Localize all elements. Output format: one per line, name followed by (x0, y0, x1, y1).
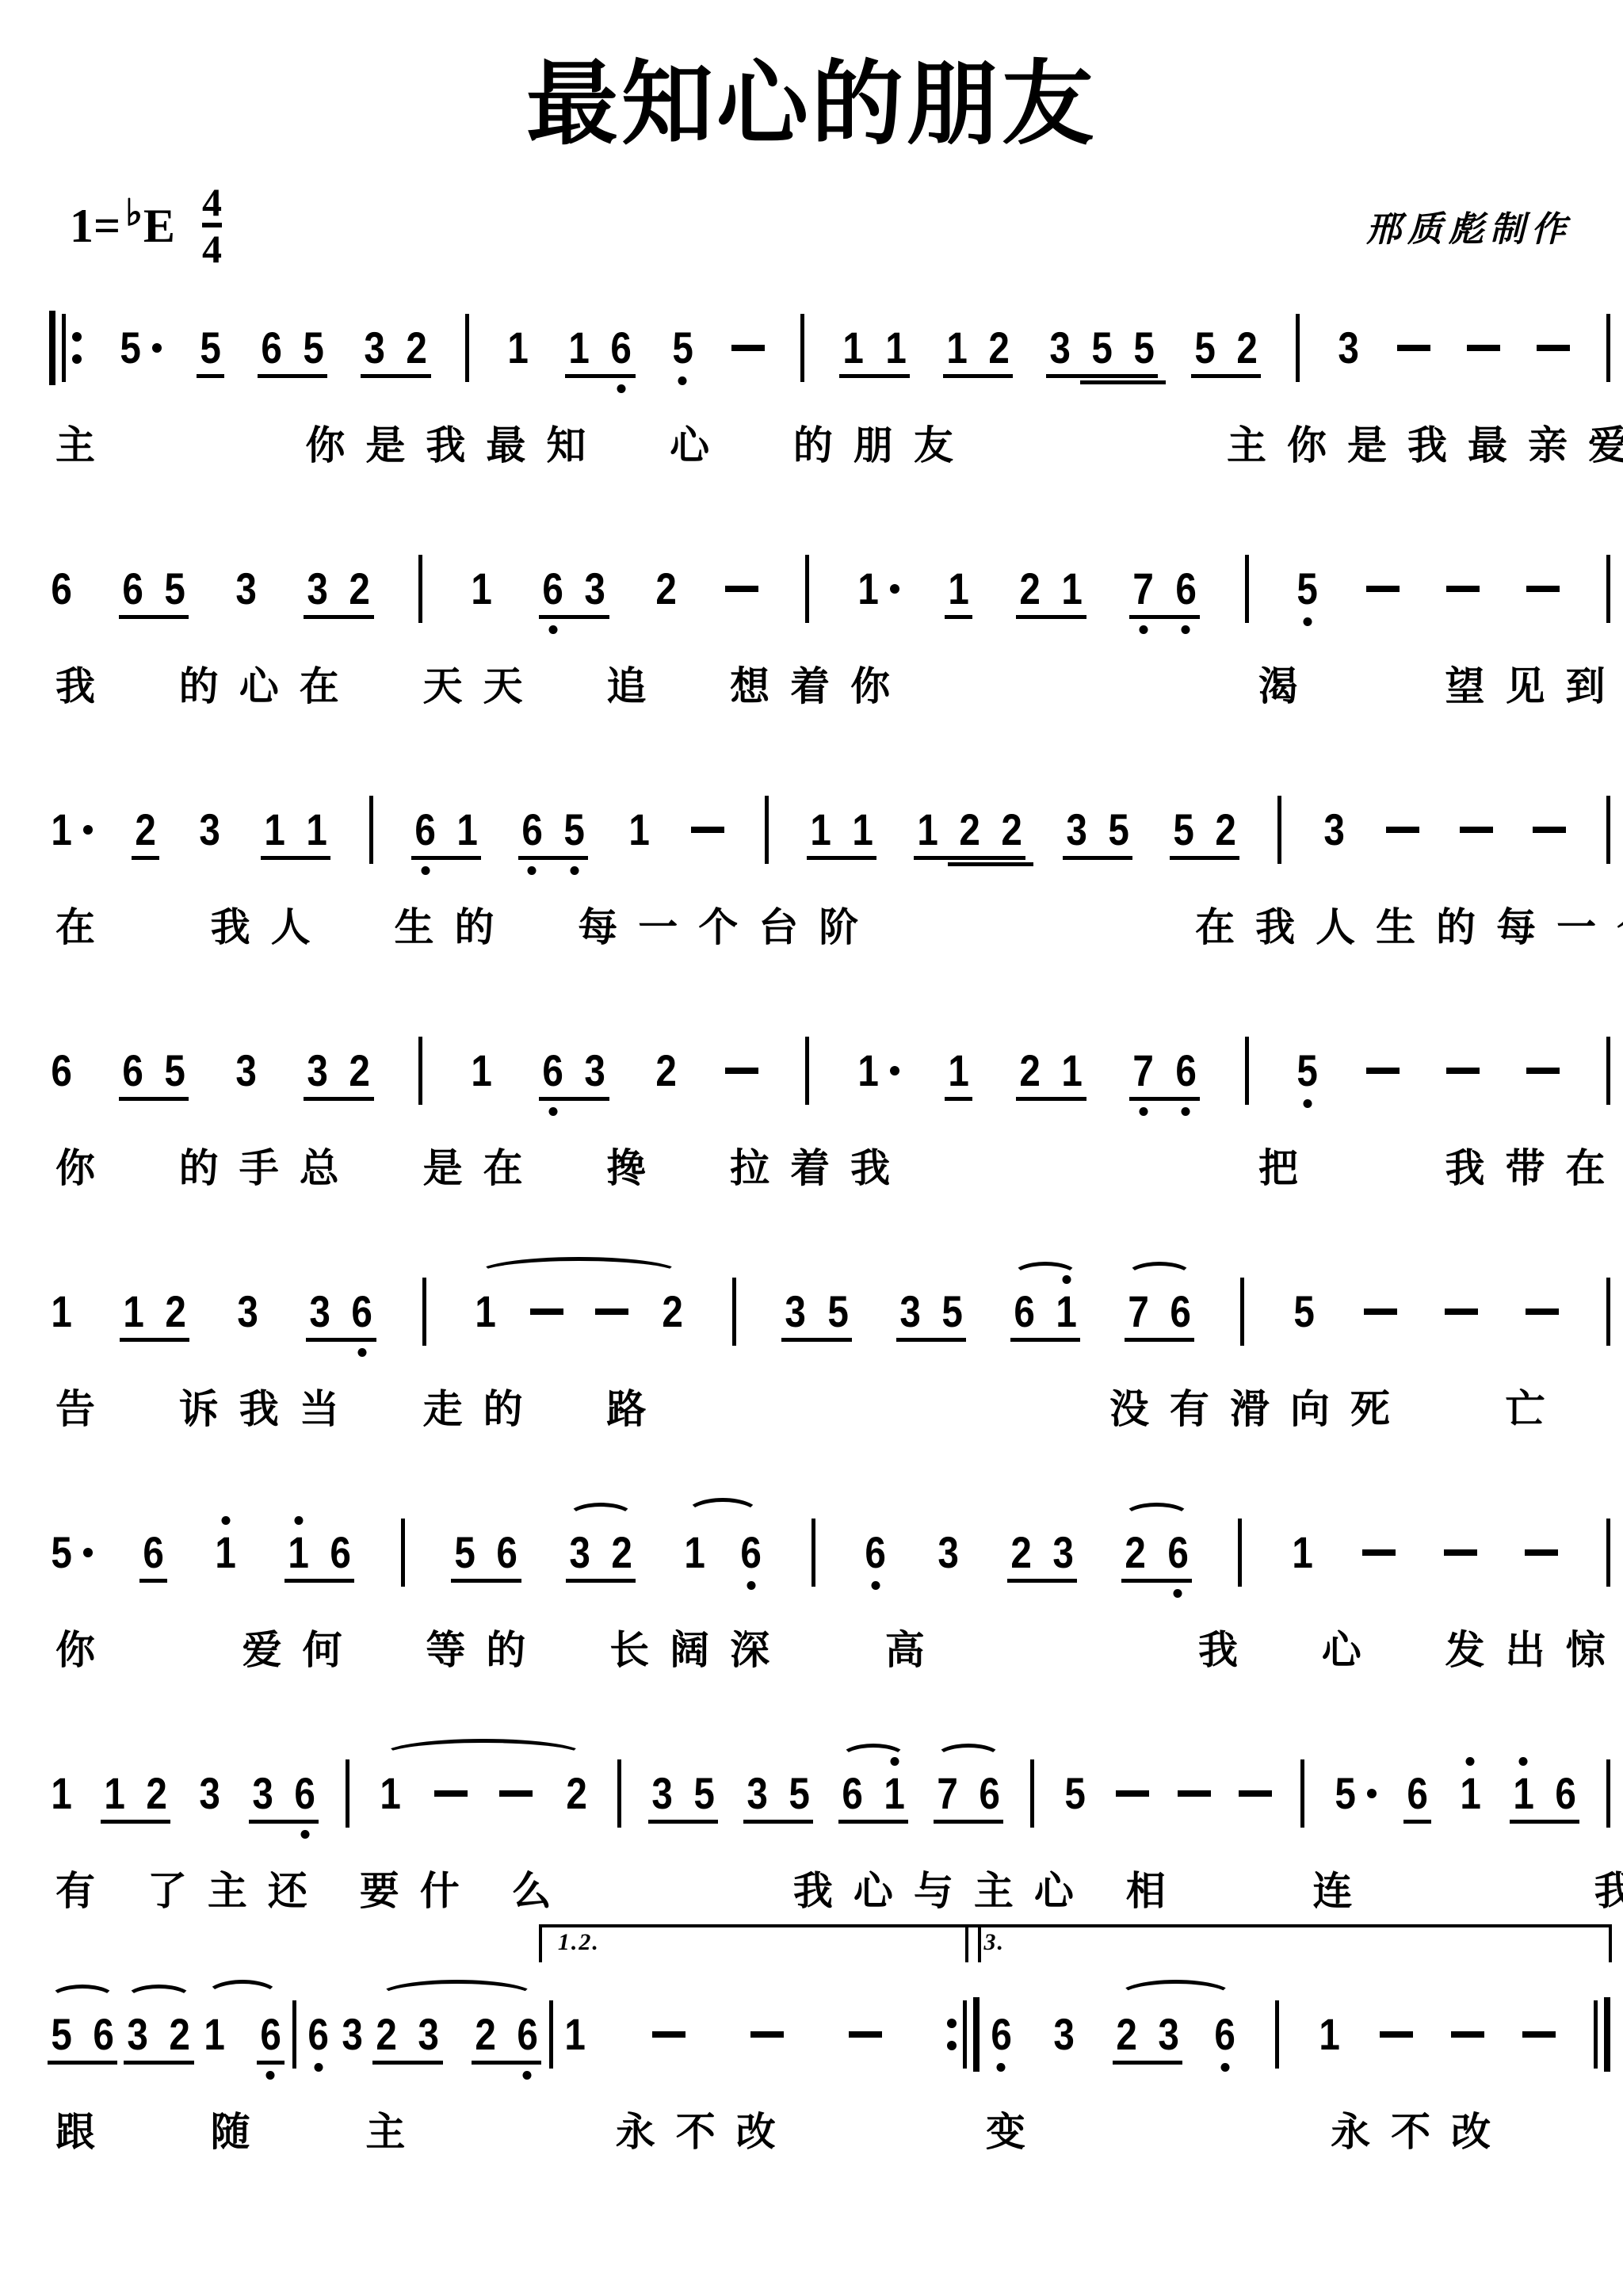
octave-down-dot (871, 1581, 880, 1590)
note-group: 6 (141, 1531, 166, 1574)
note: 5 (1295, 567, 1319, 610)
note-group: 26 (1123, 1531, 1190, 1574)
note-group: 1 (49, 1290, 74, 1333)
note-digit: 5 (1335, 1772, 1355, 1815)
note: 1 (945, 327, 969, 369)
note-digit: 6 (991, 2013, 1011, 2056)
note: 3 (197, 1772, 222, 1815)
note-digit: 3 (238, 1290, 258, 1333)
note-digit: 3 (200, 808, 220, 851)
note: 5 (1090, 327, 1114, 369)
note-group: 11 (841, 327, 907, 369)
note: 5 (162, 1049, 187, 1092)
note: 1 (102, 1772, 127, 1815)
octave-down-dot (421, 866, 430, 875)
octave-down-dot (1182, 1107, 1190, 1116)
note: 5 (826, 1290, 850, 1333)
note: 3 (745, 1772, 769, 1815)
slur-span: 2326 (374, 2013, 540, 2056)
note-digit: 7 (1133, 1049, 1154, 1092)
note: 7 (935, 1772, 960, 1815)
notation-row: 561165632166323261 (0, 1515, 1623, 1591)
note-group: 65 (120, 567, 187, 610)
note: 6 (1212, 2013, 1237, 2056)
note-digit: 5 (789, 1772, 809, 1815)
note-group: 61 (840, 1772, 907, 1815)
octave-down-dot (548, 1107, 557, 1116)
score-line: 66533216321121765你 的手总 是在 搀 拉着我 把 我带在你身 … (0, 1033, 1623, 1193)
note: 1 (1060, 567, 1084, 610)
note-digit: 3 (785, 1290, 806, 1333)
lyrics-line: 跟 随 主 永不改 变 永不改 变 (55, 2107, 1623, 2157)
repeat-dot (947, 2041, 957, 2050)
note-group: 5 (670, 327, 695, 369)
notation-row: 66533216321121765 (0, 551, 1623, 627)
note-digit: 1 (1056, 1290, 1076, 1333)
note-group: 35 (1064, 808, 1131, 851)
note-digit: 5 (165, 1049, 185, 1092)
barline (1606, 1759, 1610, 1828)
key-prefix: 1= (70, 202, 120, 250)
note: 2 (609, 1531, 634, 1574)
note-group: 36 (307, 1290, 374, 1333)
note: 1 (202, 2013, 227, 2056)
note-group: 1 (473, 1290, 498, 1333)
dash-continuation (1239, 1790, 1272, 1797)
note: 3 (234, 1049, 258, 1092)
note-group: 6 (1212, 2013, 1237, 2056)
note: 6 (49, 567, 74, 610)
note-digit: 3 (585, 1049, 605, 1092)
note-group: 2 (654, 567, 678, 610)
barline (346, 1759, 349, 1828)
note: 1 (1511, 1772, 1536, 1815)
note-group: 3 (235, 1290, 260, 1333)
note-digit: 2 (1002, 808, 1022, 851)
note: 1 (884, 327, 908, 369)
barline (800, 314, 804, 382)
note-group: 56 (49, 2013, 116, 2056)
note-digit: 5 (693, 1772, 714, 1815)
note: 2 (163, 1290, 188, 1333)
dash-continuation (1366, 586, 1400, 592)
barline (418, 1037, 422, 1105)
octave-up-dot (221, 1516, 230, 1525)
note: 6 (49, 1049, 74, 1092)
note: 1 (213, 1531, 238, 1574)
octave-down-dot (678, 376, 687, 385)
note-digit: 5 (563, 808, 584, 851)
note: 1 (563, 2013, 587, 2056)
note-digit: 1 (51, 1290, 71, 1333)
note-group: 1 (213, 1531, 238, 1574)
notation-row: 11233612353561765 (0, 1274, 1623, 1350)
score-line: 55653211651112355523主 你是我最知 心 的朋友 主你是我最亲… (0, 310, 1623, 470)
duration-dot (890, 584, 899, 594)
note: 6 (120, 1049, 145, 1092)
octave-down-dot (548, 625, 557, 634)
note-digit: 3 (747, 1772, 767, 1815)
note-digit: 7 (937, 1772, 957, 1815)
note-digit: 6 (517, 2013, 537, 2056)
note-digit: 1 (216, 1531, 236, 1574)
note-digit: 1 (569, 327, 590, 369)
note-group: 6 (739, 1531, 763, 1574)
notation-row: 66533216321121765 (0, 1033, 1623, 1109)
note-digit: 1 (1460, 1772, 1480, 1815)
note-group: 16 (286, 1531, 353, 1574)
note-group: 76 (1126, 1290, 1193, 1333)
note: 1 (49, 1290, 74, 1333)
note: 7 (1131, 1049, 1155, 1092)
note: 3 (197, 808, 222, 851)
note-digit: 2 (612, 1531, 632, 1574)
note-digit: 1 (1292, 1531, 1312, 1574)
octave-up-dot (294, 1516, 303, 1525)
volta-measures: 632361 (989, 1997, 1610, 2072)
lyrics-line: 主 你是我最知 心 的朋友 主你是我最亲爱的伴 侣 (55, 421, 1623, 470)
note-digit: 2 (1215, 808, 1235, 851)
note: 6 (609, 327, 633, 369)
note: 2 (660, 1290, 685, 1333)
note: 1 (455, 808, 479, 851)
repeat-end-barline (947, 1997, 980, 2072)
barline-thick (973, 1997, 980, 2072)
note-group: 1 (682, 1531, 707, 1574)
note: 5 (1333, 1772, 1377, 1815)
note-digit: 3 (307, 567, 328, 610)
note: 3 (1051, 1531, 1075, 1574)
volta-ending: 1.2.1 (563, 1997, 980, 2072)
octave-up-dot (1466, 1757, 1475, 1766)
note: 6 (515, 2013, 540, 2056)
note: 3 (305, 567, 330, 610)
note-group: 3 (1322, 808, 1346, 851)
note: 6 (989, 2013, 1014, 2056)
repeat-start-barline (49, 311, 82, 385)
note-digit: 1 (472, 567, 492, 610)
dash-continuation (1526, 586, 1560, 592)
note: 6 (495, 1531, 519, 1574)
note-digit: 5 (1064, 1772, 1085, 1815)
barline (1296, 314, 1300, 382)
note-digit: 6 (979, 1772, 999, 1815)
note-digit: 6 (93, 2013, 113, 2056)
credit: 邢质彪制作 (1366, 201, 1572, 251)
note-digit: 6 (1175, 1049, 1196, 1092)
barline-thin (963, 2000, 967, 2069)
note: 2 (654, 1049, 678, 1092)
octave-up-dot (1519, 1757, 1528, 1766)
note-digit: 2 (656, 1049, 677, 1092)
note-digit: 2 (662, 1290, 682, 1333)
note-digit: 3 (1323, 808, 1344, 851)
note-group: 5 (1333, 1772, 1377, 1815)
volta-label: 3. (984, 1929, 1006, 1956)
dash-continuation (1467, 345, 1500, 351)
note-group: 1 (1317, 2013, 1342, 2056)
note-digit: 2 (1010, 1531, 1031, 1574)
note-digit: 6 (122, 1049, 143, 1092)
barline (1300, 1759, 1304, 1828)
note: 1 (850, 808, 875, 851)
note: 1 (469, 567, 494, 610)
note: 2 (1123, 1531, 1148, 1574)
barline (1606, 555, 1610, 623)
note-group: 1 (856, 1049, 899, 1092)
note-digit: 3 (585, 567, 605, 610)
note-group: 32 (362, 327, 429, 369)
key-signature: 1=♭E 4 4 (70, 181, 222, 270)
barline (549, 2000, 553, 2069)
note: 1 (856, 567, 899, 610)
note: 6 (1174, 567, 1198, 610)
note-group: 21 (1018, 1049, 1084, 1092)
barline (765, 796, 769, 864)
note: 6 (977, 1772, 1002, 1815)
note-digit: 1 (884, 1772, 904, 1815)
octave-down-dot (1139, 625, 1148, 634)
note: 6 (292, 1772, 317, 1815)
note: 5 (198, 327, 223, 369)
note-digit: 5 (120, 327, 140, 369)
dash-continuation (1446, 1068, 1480, 1074)
note-group: 32 (305, 567, 372, 610)
volta-measures: 1 (563, 1997, 980, 2072)
note-digit: 2 (1020, 1049, 1041, 1092)
note: 1 (567, 327, 591, 369)
note-digit: 2 (407, 327, 427, 369)
note: 3 (1156, 2013, 1181, 2056)
note-group: 2 (660, 1290, 685, 1333)
note: 1 (1317, 2013, 1342, 2056)
note-digit: 6 (294, 1772, 315, 1815)
note-group: 23 (1009, 1531, 1075, 1574)
note: 6 (258, 2013, 283, 2056)
note-digit: 2 (349, 1049, 370, 1092)
note-group: 1 (469, 567, 494, 610)
note: 5 (162, 567, 187, 610)
lyrics-line: 你 爱何 等的 长阔深 高 我 心 发出惊 叹 (55, 1626, 1623, 1675)
note-digit: 6 (414, 808, 435, 851)
note: 3 (307, 1290, 332, 1333)
note-digit: 5 (941, 1290, 962, 1333)
note: 2 (654, 567, 678, 610)
note-digit: 2 (1125, 1531, 1146, 1574)
dash-continuation (725, 586, 758, 592)
note-digit: 6 (1167, 1531, 1188, 1574)
barline (1277, 796, 1281, 864)
note-digit: 7 (1133, 567, 1154, 610)
note-digit: 1 (1062, 1049, 1083, 1092)
note-digit: 3 (1158, 2013, 1178, 2056)
barline (1275, 2000, 1279, 2069)
dash-continuation (849, 2031, 882, 2038)
note-digit: 6 (611, 327, 632, 369)
note: 6 (739, 1531, 763, 1574)
note-digit: 1 (857, 567, 878, 610)
note-digit: 3 (1049, 327, 1070, 369)
note-group: 76 (1131, 567, 1197, 610)
octave-down-dot (1139, 1107, 1148, 1116)
note: 1 (49, 808, 93, 851)
note: 1 (682, 1531, 707, 1574)
note: 6 (1174, 1049, 1198, 1092)
note-group: 3 (1336, 327, 1361, 369)
note: 3 (235, 1290, 260, 1333)
lyrics-line: 你 的手总 是在 搀 拉着我 把 我带在你身 边 (55, 1144, 1623, 1193)
note: 2 (987, 327, 1011, 369)
note: 5 (1063, 1772, 1087, 1815)
note-digit: 3 (651, 1772, 672, 1815)
note-digit: 1 (628, 808, 649, 851)
repeat-dots-icon (72, 332, 82, 364)
note: 2 (473, 2013, 498, 2056)
note-group: 1 (627, 808, 651, 851)
note: 1 (841, 327, 865, 369)
dash-continuation (652, 2031, 685, 2038)
note-digit: 5 (51, 2013, 71, 2056)
note-digit: 1 (123, 1290, 143, 1333)
note: 3 (1322, 808, 1346, 851)
octave-down-dot (300, 1830, 309, 1839)
note-digit: 5 (827, 1290, 848, 1333)
note: 1 (1060, 1049, 1084, 1092)
octave-down-dot (617, 384, 626, 393)
note-digit: 2 (566, 1772, 586, 1815)
dash-continuation (1386, 827, 1419, 833)
note-digit: 5 (1173, 808, 1193, 851)
key-letter: E (143, 202, 175, 250)
dash-continuation (731, 345, 765, 351)
note-group: 3 (234, 567, 258, 610)
note: 5 (562, 808, 586, 851)
barline (805, 555, 809, 623)
barline (1238, 1519, 1242, 1587)
note-group: 61 (1012, 1290, 1079, 1333)
note: 6 (141, 1531, 166, 1574)
note: 6 (1166, 1531, 1190, 1574)
dash-continuation (595, 1308, 628, 1315)
note-digit: 1 (475, 1290, 496, 1333)
note-group: 1 (1290, 1531, 1315, 1574)
repeat-dot (72, 354, 82, 364)
note: 1 (1458, 1772, 1483, 1815)
note: 2 (1114, 2013, 1139, 2056)
note: 5 (1132, 327, 1156, 369)
note-group: 12 (945, 327, 1011, 369)
note-digit: 2 (1237, 327, 1258, 369)
dash-continuation (750, 2031, 784, 2038)
lyrics-line: 告 诉我当 走的 路 没有滑向死 亡 线 (55, 1385, 1623, 1434)
note-group: 12 (102, 1772, 169, 1815)
barline (1240, 1278, 1244, 1346)
note: 1 (1290, 1531, 1315, 1574)
time-unit: 4 (202, 223, 222, 270)
note-digit: 6 (842, 1772, 862, 1815)
note: 3 (650, 1772, 674, 1815)
note-digit: 1 (949, 567, 969, 610)
note-digit: 6 (1214, 2013, 1235, 2056)
duration-dot (1367, 1789, 1377, 1798)
score-line: 12311616511112235523在 我人 生的 每一个台阶 在我人生的每… (0, 792, 1623, 952)
lyrics-line: 我 的心在 天天 追 想着你 渴 望见到你的 面 (55, 662, 1623, 711)
note-group: 1 (378, 1772, 403, 1815)
note-group: 76 (1131, 1049, 1197, 1092)
note: 6 (259, 327, 284, 369)
note-digit: 3 (236, 567, 257, 610)
note: 5 (1295, 1049, 1319, 1092)
note-digit: 3 (938, 1531, 958, 1574)
time-signature: 4 4 (202, 181, 222, 270)
note-group: 65 (259, 327, 326, 369)
note: 5 (1106, 808, 1131, 851)
note: 1 (304, 808, 329, 851)
notation-row: 12311616511112235523 (0, 792, 1623, 868)
dash-continuation (691, 827, 724, 833)
barline (369, 796, 373, 864)
note-group: 23 (1114, 2013, 1181, 2056)
note: 5 (1171, 808, 1196, 851)
note: 2 (167, 2013, 192, 2056)
note-digit: 1 (1319, 2013, 1339, 2056)
note: 3 (234, 567, 258, 610)
note-digit: 6 (51, 567, 71, 610)
octave-down-dot (358, 1348, 367, 1357)
note-group: 1 (946, 1049, 971, 1092)
notation-row: 5632166323261.2.13.632361 (0, 1996, 1623, 2073)
note-digit: 5 (1294, 1290, 1315, 1333)
note-group: 1 (506, 327, 530, 369)
note: 1 (469, 1049, 494, 1092)
note-group: 5 (198, 327, 223, 369)
note-digit: 1 (1062, 567, 1083, 610)
note: 1 (946, 567, 971, 610)
dash-continuation (1116, 1790, 1149, 1797)
note-digit: 6 (497, 1531, 517, 1574)
note: 2 (1009, 1531, 1033, 1574)
note-digit: 3 (199, 1772, 220, 1815)
score-line: 66533216321121765我 的心在 天天 追 想着你 渴 望见到你的 … (0, 551, 1623, 711)
note-group: 6 (49, 1049, 74, 1092)
dash-continuation (1445, 1308, 1478, 1315)
note: 6 (1553, 1772, 1578, 1815)
note-group: 1 (469, 1049, 494, 1092)
note: 3 (582, 1049, 607, 1092)
song-title: 最知心的朋友 (0, 46, 1623, 166)
note-digit: 6 (865, 1531, 886, 1574)
dash-continuation (725, 1068, 758, 1074)
note-group: 2 (564, 1772, 589, 1815)
slur-span: 16 (202, 2013, 283, 2056)
note-digit: 1 (1513, 1772, 1533, 1815)
note-digit: 6 (143, 1531, 163, 1574)
note-group: 61 (413, 808, 479, 851)
note-group: 3 (234, 1049, 258, 1092)
octave-down-dot (1303, 1099, 1312, 1108)
note: 6 (1405, 1772, 1430, 1815)
note-digit: 1 (853, 808, 873, 851)
note: 6 (540, 567, 565, 610)
note-digit: 6 (261, 327, 281, 369)
note-digit: 3 (342, 2013, 362, 2056)
dash-continuation (434, 1790, 468, 1797)
note-digit: 1 (508, 327, 529, 369)
note: 3 (582, 567, 607, 610)
octave-down-dot (266, 2071, 275, 2080)
note-digit: 1 (810, 808, 831, 851)
dash-continuation (1380, 2031, 1413, 2038)
